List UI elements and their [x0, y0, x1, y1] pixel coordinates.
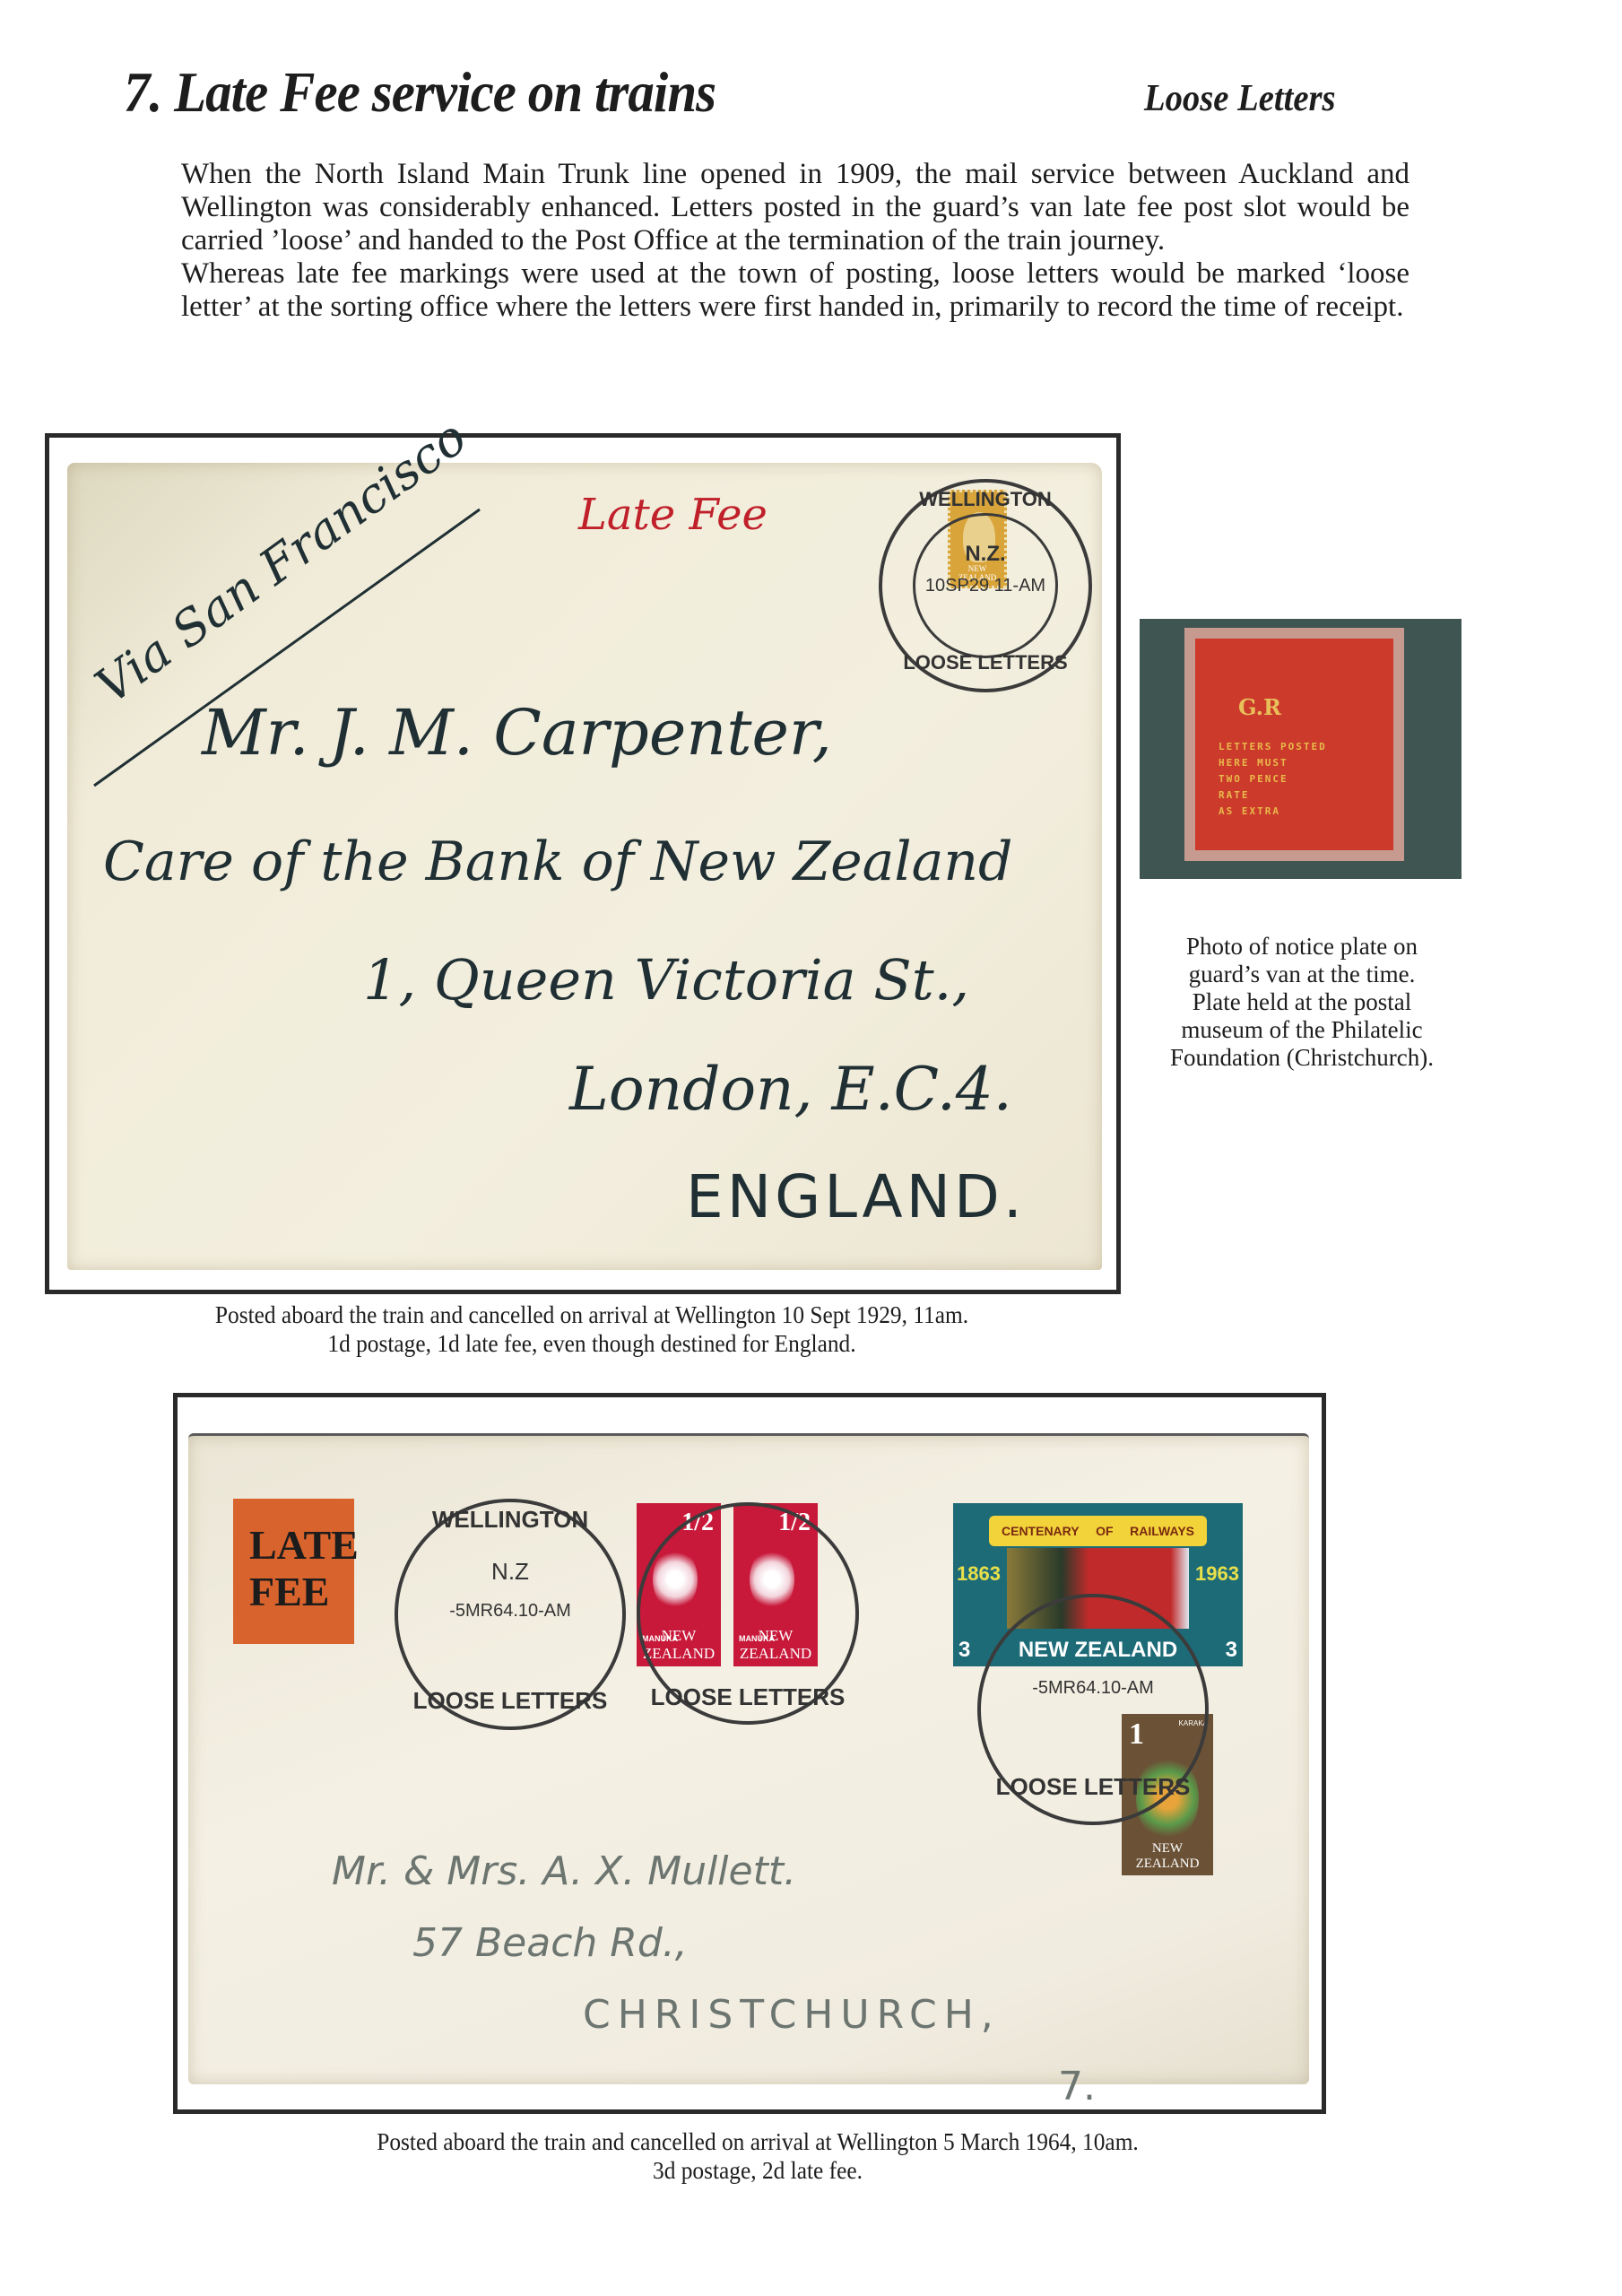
address-line-5: ENGLAND.: [686, 1162, 1026, 1231]
address-line-4: London, E.C.4.: [569, 1055, 1012, 1124]
cover-1929-frame: Via San Francisco Late Fee NEW ZEALAND W…: [45, 433, 1121, 1294]
postmark-loose-letters-1964-b: LOOSE LETTERS: [637, 1502, 859, 1725]
cover-1964-caption-line-1: Posted aboard the train and cancelled on…: [214, 2127, 1302, 2156]
railways-banner: CENTENARY OF RAILWAYS: [989, 1516, 1207, 1546]
address-line-3: 1, Queen Victoria St.,: [363, 947, 969, 1013]
notice-plate: G.R LETTERS POSTED HERE MUST TWO PENCE R…: [1184, 628, 1404, 861]
address-line-2: Care of the Bank of New Zealand: [103, 831, 1012, 893]
address-line-1: Mr. J. M. Carpenter,: [202, 696, 832, 770]
postmark-loose-letters-1964-c: -5MR64.10-AM LOOSE LETTERS: [977, 1594, 1209, 1825]
postmark-country: N.Z.: [882, 542, 1089, 567]
late-fee-handwritten: Late Fee: [578, 490, 768, 540]
intro-paragraph-2: Whereas late fee markings were used at t…: [181, 257, 1409, 324]
address-line-4: 7.: [1058, 2064, 1096, 2109]
postmark-date: 10SP29 11-AM: [882, 576, 1089, 596]
cover-1964-envelope: LATE FEE 1/2 MANUKA NEW ZEALAND 1/2 MANU…: [188, 1433, 1309, 2084]
address-line-2: 57 Beach Rd.,: [412, 1920, 688, 1966]
address-line-1: Mr. & Mrs. A. X. Mullett.: [332, 1848, 796, 1894]
plate-logo: G.R: [1238, 694, 1281, 720]
cover-1964-caption-line-2: 3d postage, 2d late fee.: [214, 2156, 1302, 2185]
postmark-city: WELLINGTON: [882, 488, 1089, 511]
cover-1929-caption-line-2: 1d postage, 1d late fee, even though des…: [86, 1329, 1097, 1358]
late-fee-label: LATE FEE: [233, 1499, 354, 1644]
cover-1964-caption: Posted aboard the train and cancelled on…: [214, 2127, 1302, 2185]
address-line-3: CHRISTCHURCH,: [583, 1992, 1001, 2038]
plate-text: LETTERS POSTED HERE MUST TWO PENCE RATE …: [1219, 739, 1327, 820]
cover-1929-caption-line-1: Posted aboard the train and cancelled on…: [86, 1300, 1097, 1329]
intro-text: When the North Island Main Trunk line op…: [181, 158, 1409, 324]
intro-paragraph-1: When the North Island Main Trunk line op…: [181, 158, 1409, 257]
page-subtitle: Loose Letters: [1144, 77, 1336, 120]
postmark-type: LOOSE LETTERS: [882, 651, 1089, 674]
postmark-loose-letters-1964-a: WELLINGTON N.Z -5MR64.10-AM LOOSE LETTER…: [395, 1499, 626, 1730]
notice-photo-caption: Photo of notice plate on guard’s van at …: [1132, 933, 1472, 1072]
cover-1929-envelope: Via San Francisco Late Fee NEW ZEALAND W…: [67, 463, 1102, 1270]
postmark-loose-letters-1929: WELLINGTON N.Z. 10SP29 11-AM LOOSE LETTE…: [879, 479, 1092, 692]
cover-1964-frame: LATE FEE 1/2 MANUKA NEW ZEALAND 1/2 MANU…: [173, 1393, 1326, 2114]
late-fee-label-line-2: FEE: [249, 1569, 359, 1615]
notice-plate-photo: G.R LETTERS POSTED HERE MUST TWO PENCE R…: [1140, 619, 1462, 879]
cover-1929-caption: Posted aboard the train and cancelled on…: [86, 1300, 1097, 1358]
page-title: 7. Late Fee service on trains: [124, 59, 716, 126]
late-fee-label-line-1: LATE: [249, 1522, 359, 1569]
